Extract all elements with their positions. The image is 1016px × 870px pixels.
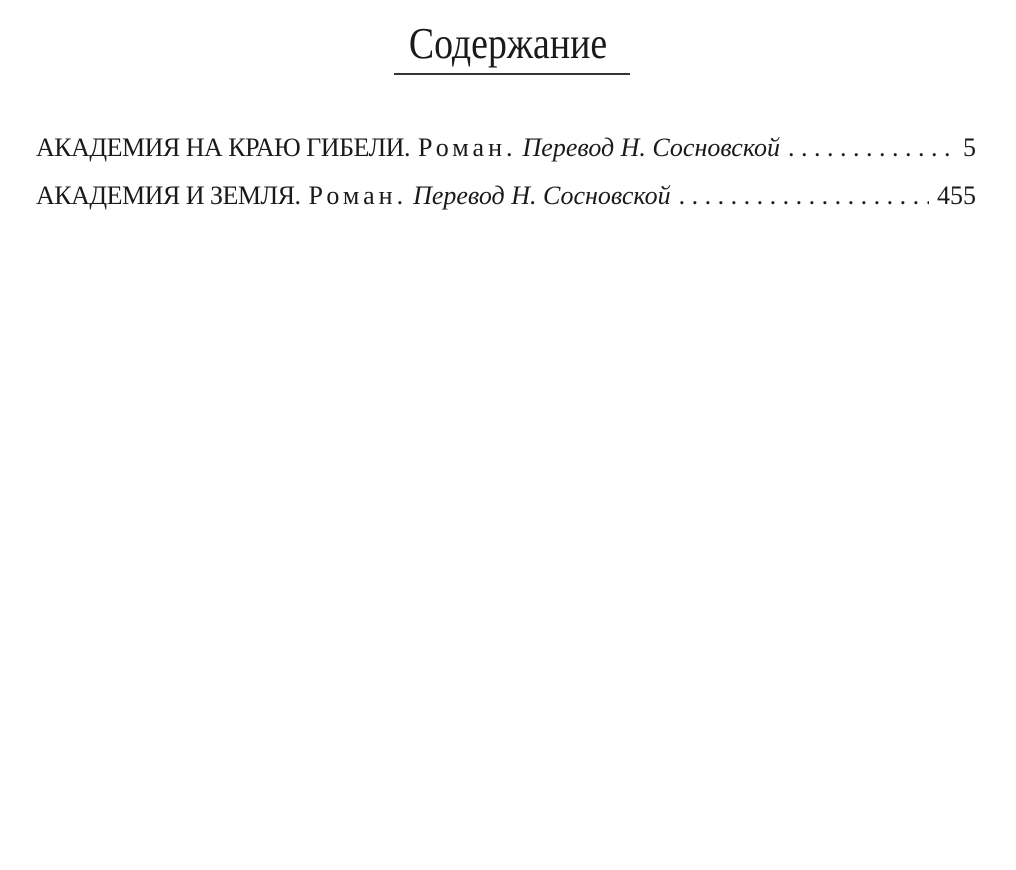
- entry-translator: Перевод Н. Сосновской: [523, 124, 781, 172]
- entry-genre: Роман.: [418, 124, 517, 172]
- entry-page-number: 5: [963, 124, 976, 172]
- page-title: Содержание: [71, 14, 945, 74]
- entry-translator: Перевод Н. Сосновской: [413, 172, 671, 220]
- entry-page-number: 455: [937, 172, 976, 220]
- toc-entry[interactable]: АКАДЕМИЯ И ЗЕМЛЯ. Роман. Перевод Н. Сосн…: [36, 172, 976, 220]
- entry-genre: Роман.: [309, 172, 408, 220]
- toc-entry[interactable]: АКАДЕМИЯ НА КРАЮ ГИБЕЛИ. Роман. Перевод …: [36, 124, 976, 172]
- dot-leader: [679, 172, 929, 220]
- table-of-contents: АКАДЕМИЯ НА КРАЮ ГИБЕЛИ. Роман. Перевод …: [36, 124, 976, 220]
- title-underline: [394, 73, 630, 75]
- entry-title: АКАДЕМИЯ И ЗЕМЛЯ.: [36, 172, 301, 220]
- entry-title: АКАДЕМИЯ НА КРАЮ ГИБЕЛИ.: [36, 124, 410, 172]
- dot-leader: [788, 124, 955, 172]
